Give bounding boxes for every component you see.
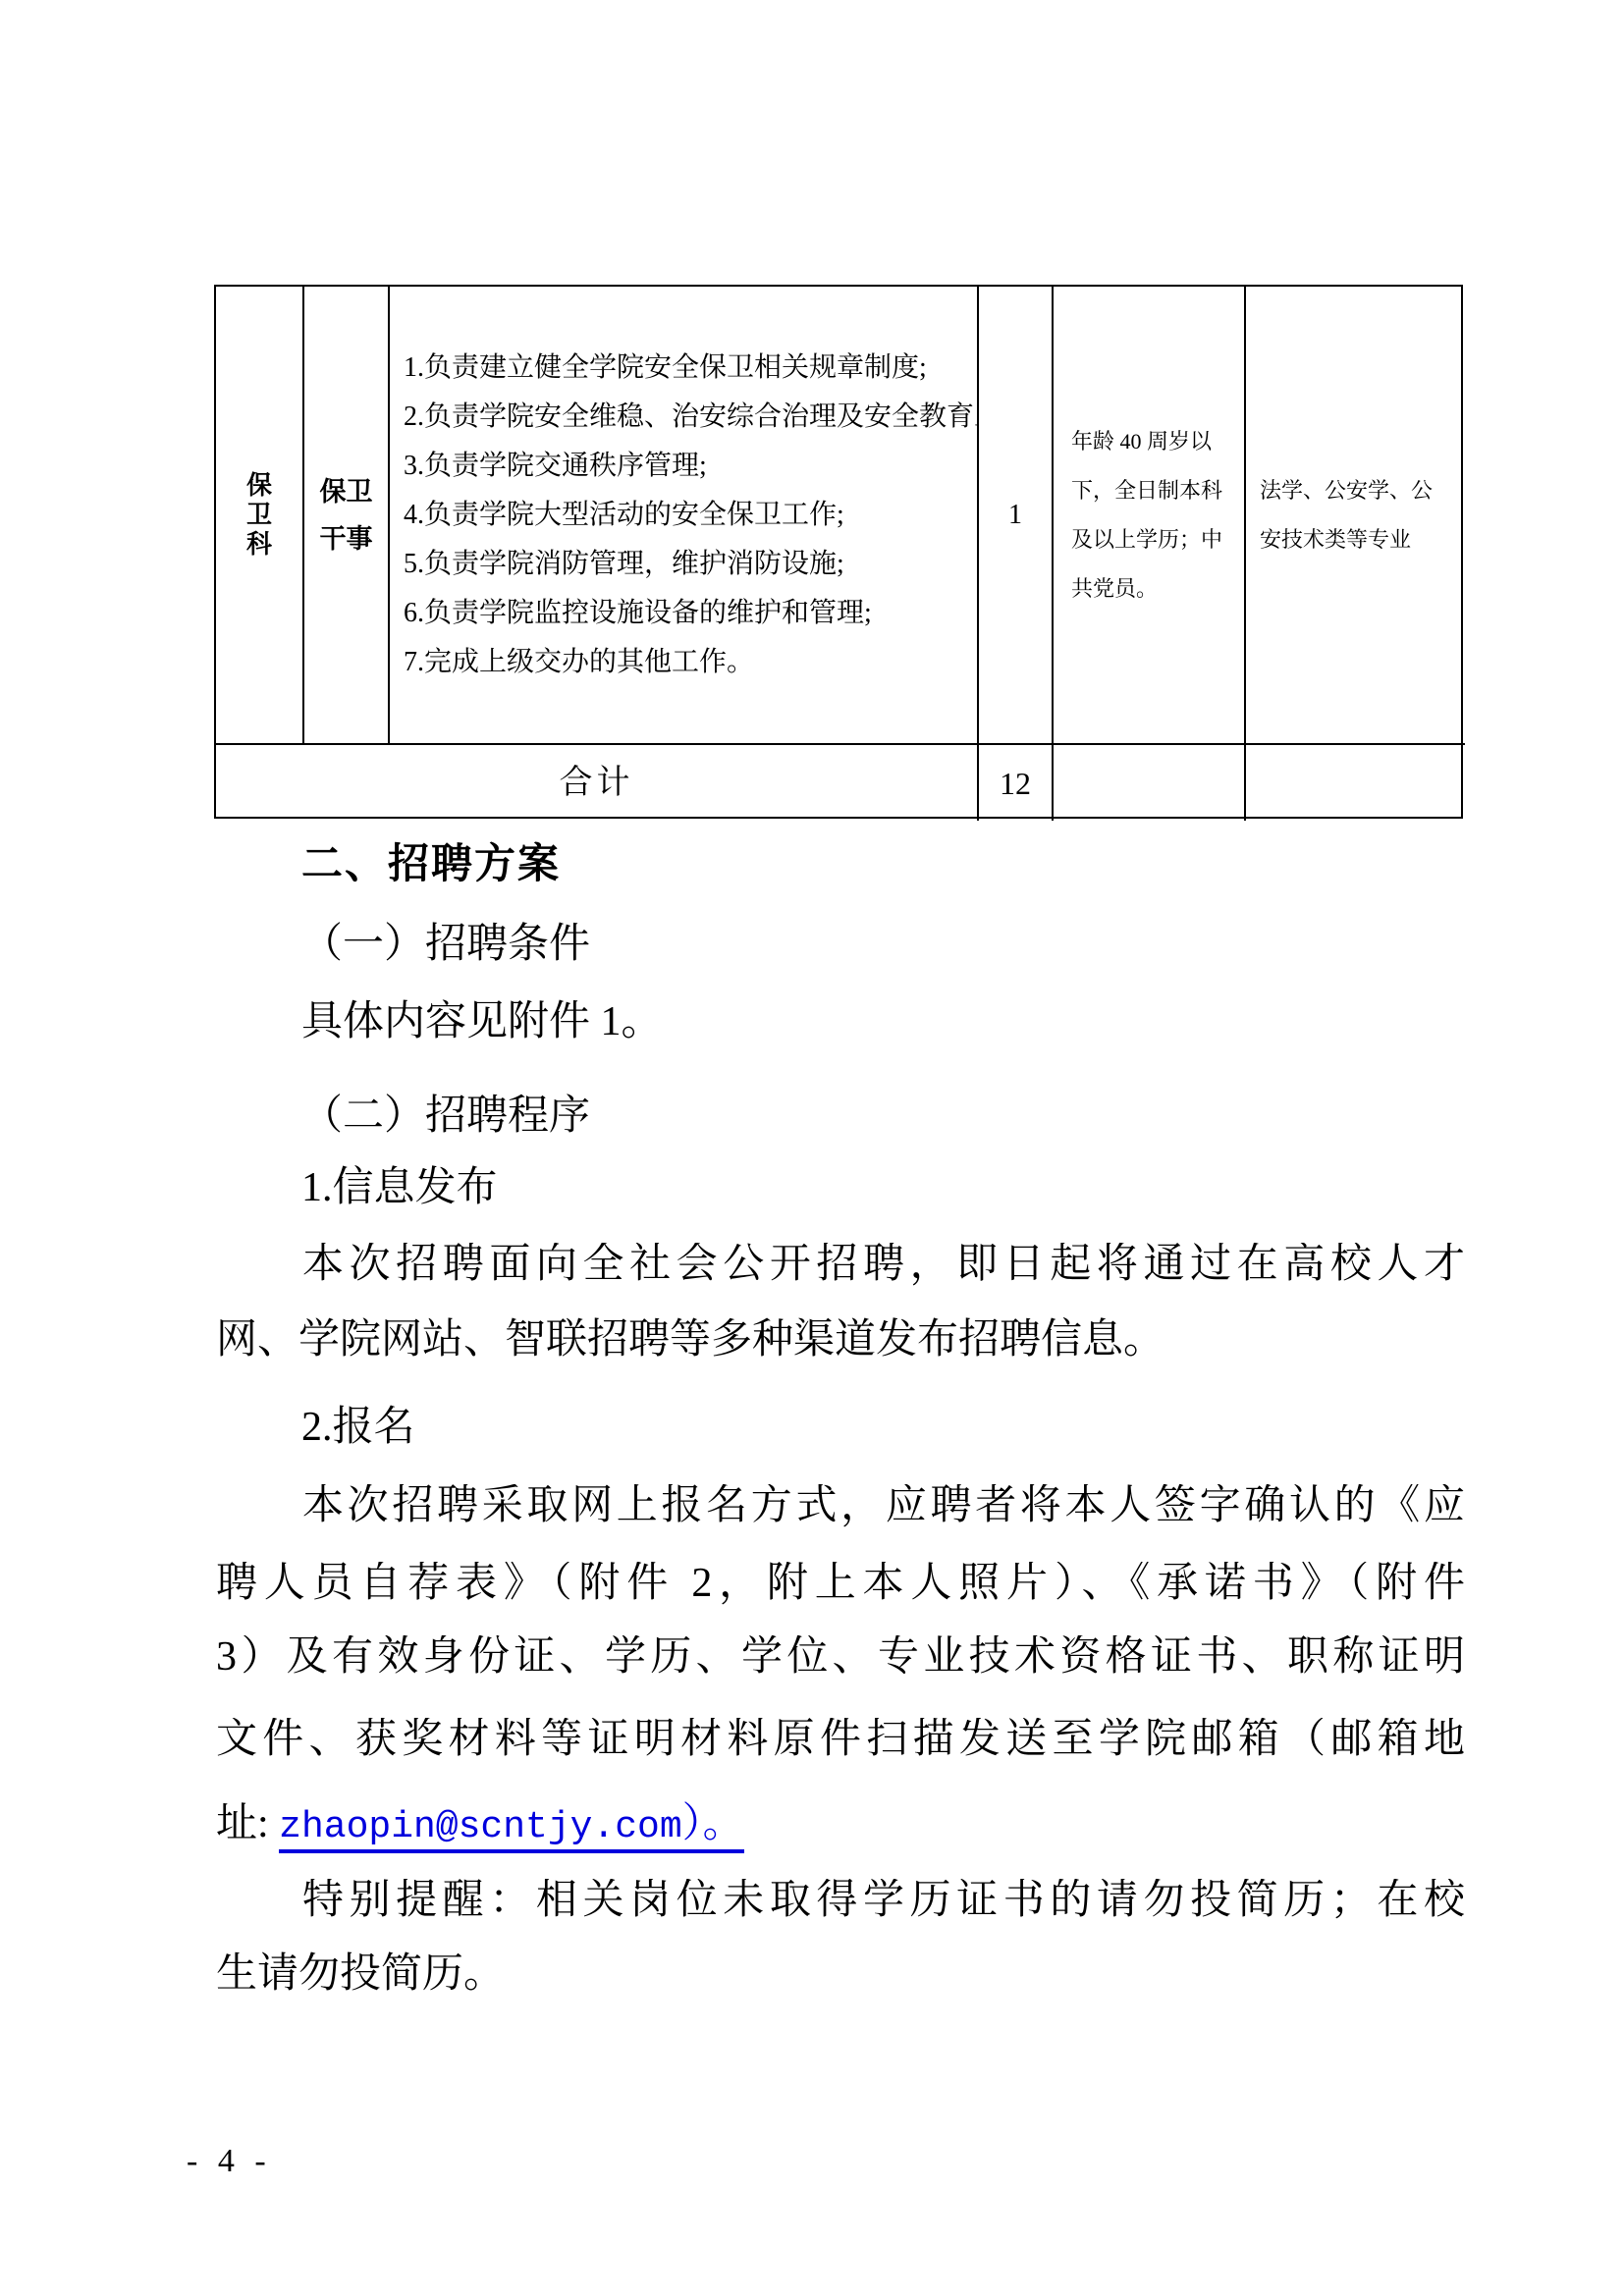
duty-item: 7.完成上级交办的其他工作。	[404, 638, 754, 687]
duty-item: 3.负责学院交通秩序管理;	[404, 442, 707, 491]
email-prefix: 址:	[216, 1801, 279, 1846]
table-total-empty-1	[1054, 745, 1246, 821]
paragraph-line: 本次招聘面向全社会公开招聘，即日起将通过在高校人才	[216, 1243, 1465, 1286]
duty-item: 1.负责建立健全学院安全保卫相关规章制度;	[404, 344, 927, 393]
duty-item: 5.负责学院消防管理，维护消防设施;	[404, 540, 844, 589]
table-total-empty-2	[1246, 745, 1465, 821]
duty-item: 6.负责学院监控设施设备的维护和管理;	[404, 589, 872, 638]
email-suffix: ）。	[682, 1801, 744, 1846]
paragraph-line: 文件、获奖材料等证明材料原件扫描发送至学院邮箱（邮箱地	[216, 1718, 1465, 1761]
reminder-line: 生请勿投简历。	[216, 1952, 1465, 1996]
step1-heading: 1.信息发布	[301, 1166, 1465, 1209]
table-cell-department: 保 卫 科	[216, 287, 304, 745]
step2-heading: 2.报名	[301, 1406, 1465, 1449]
email-link[interactable]: zhaopin@scntjy.com	[279, 1806, 681, 1848]
duty-item: 4.负责学院大型活动的安全保卫工作;	[404, 491, 844, 540]
sub-heading-1: （一）招聘条件	[301, 923, 1465, 966]
table-cell-position: 保卫 干事	[304, 287, 390, 745]
table-cell-duties: 1.负责建立健全学院安全保卫相关规章制度; 2.负责学院安全维稳、治安综合治理及…	[390, 287, 979, 745]
section-heading: 二、招聘方案	[301, 842, 1465, 885]
recruitment-table: 保 卫 科 保卫 干事 1.负责建立健全学院安全保卫相关规章制度; 2.负责学院…	[214, 285, 1463, 819]
table-total-value: 12	[979, 745, 1054, 821]
table-cell-requirements: 年龄 40 周岁以 下，全日制本科 及以上学历；中 共党员。	[1054, 287, 1246, 745]
table-cell-majors: 法学、公安学、公 安技术类等专业	[1246, 287, 1465, 745]
paragraph-line: 聘人员自荐表》（附件 2，附上本人照片）、《承诺书》（附件	[216, 1562, 1465, 1605]
paragraph-line: 本次招聘采取网上报名方式，应聘者将本人签字确认的《应	[216, 1484, 1465, 1527]
sub1-text: 具体内容见附件 1。	[301, 1000, 1465, 1043]
paragraph-line: 3）及有效身份证、学历、学位、专业技术资格证书、职称证明	[216, 1635, 1465, 1679]
sub-heading-2: （二）招聘程序	[301, 1095, 1465, 1138]
page-number: - 4 -	[187, 2143, 272, 2180]
table-cell-count: 1	[979, 287, 1054, 745]
reminder-line: 特别提醒：相关岗位未取得学历证书的请勿投简历；在校	[216, 1879, 1465, 1922]
email-line: 址: zhaopin@scntjy.com）。	[216, 1802, 1465, 1845]
paragraph-line: 网、学院网站、智联招聘等多种渠道发布招聘信息。	[216, 1318, 1465, 1362]
duty-item: 2.负责学院安全维稳、治安综合治理及安全教育工作;	[404, 393, 979, 442]
document-page: 保 卫 科 保卫 干事 1.负责建立健全学院安全保卫相关规章制度; 2.负责学院…	[0, 0, 1624, 2296]
table-total-label: 合计	[216, 745, 979, 821]
